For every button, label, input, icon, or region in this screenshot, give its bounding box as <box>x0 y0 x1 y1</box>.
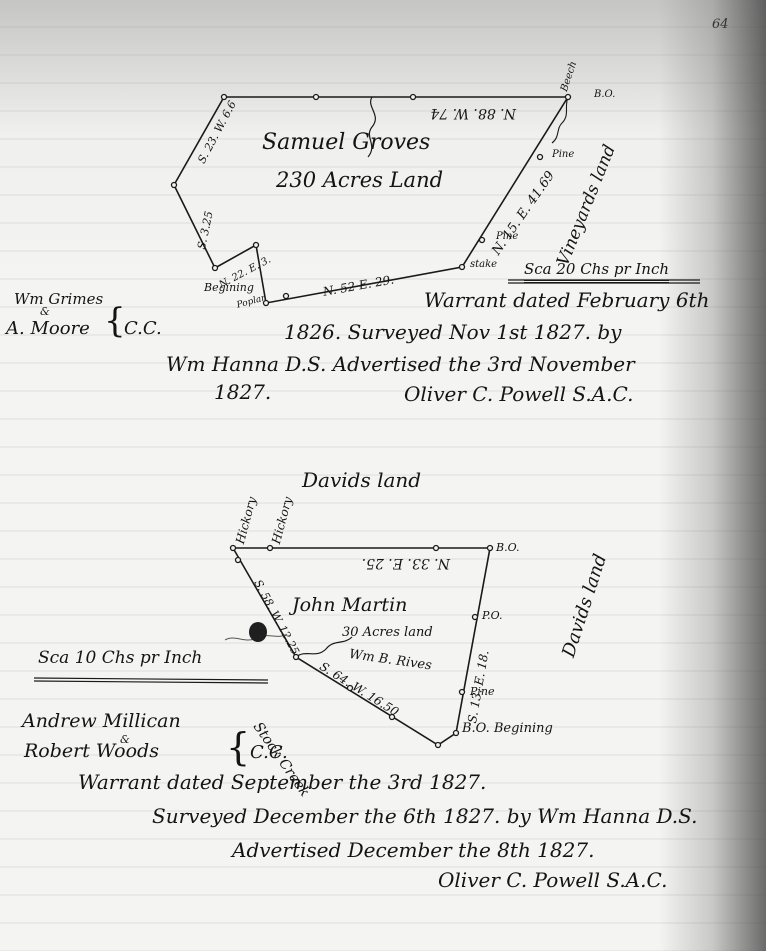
plat2-corner-bo: B.O. <box>496 542 519 553</box>
plat2-adjoiner-top: Davids land <box>302 470 421 490</box>
plat2-cert-line-2: Surveyed December the 6th 1827. by Wm Ha… <box>152 806 698 826</box>
plat2-corner-pine: Pine <box>470 686 495 697</box>
plat2-owner: John Martin <box>292 596 407 615</box>
plat2-chain-carrier-1: Andrew Millican <box>22 712 181 731</box>
plat2-cert-line-3: Advertised December the 8th 1827. <box>232 840 594 860</box>
plat2-cert-line-1: Warrant dated September the 3rd 1827. <box>78 772 486 792</box>
plat2-chain-carrier-2: Robert Woods <box>24 742 159 761</box>
plat2-cc: C.C. <box>250 744 288 762</box>
plat2-scale: Sca 10 Chs pr Inch <box>38 650 202 667</box>
plat2-corner-po: P.O. <box>482 610 503 621</box>
plat2-cert-line-4: Oliver C. Powell S.A.C. <box>438 870 667 890</box>
plat2-bearing-top: N. 33. E. 25. <box>362 556 450 570</box>
plat2-beginning: B.O. Begining <box>462 722 553 735</box>
plat2-acreage: 30 Acres land <box>342 626 433 639</box>
plat2-brace: { <box>226 728 250 766</box>
